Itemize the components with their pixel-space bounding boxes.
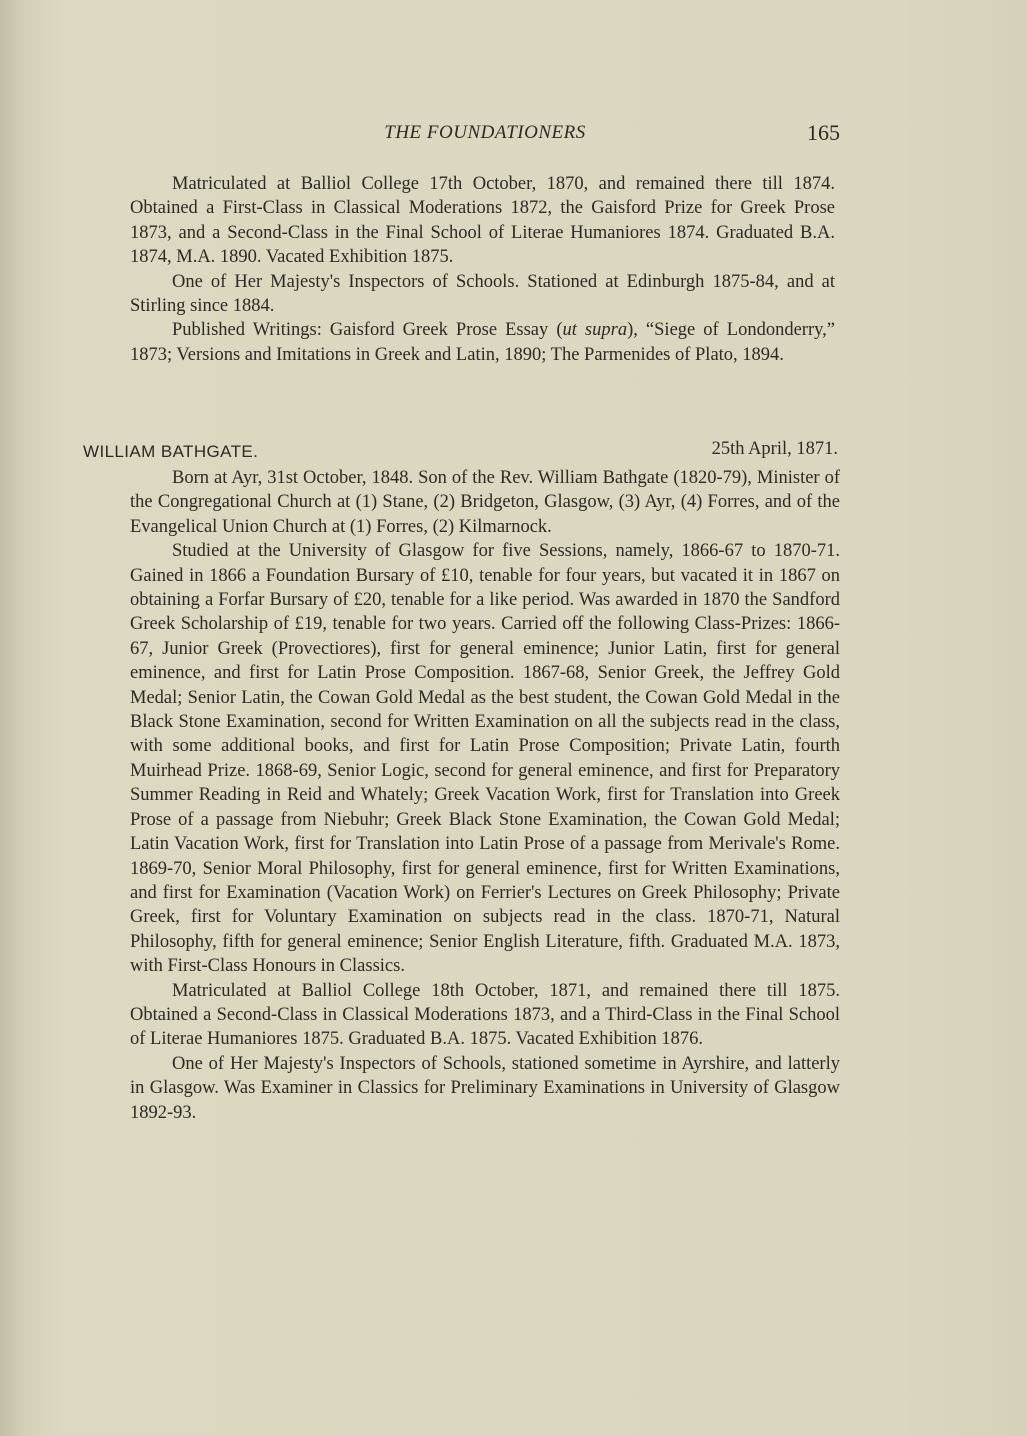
running-title: THE FOUNDATIONERS (130, 122, 840, 144)
running-header: THE FOUNDATIONERS 165 (130, 120, 840, 150)
entry-body: Born at Ayr, 31st October, 1848. Son of … (130, 466, 840, 1125)
paragraph: One of Her Majesty's Inspectors of Schoo… (130, 270, 835, 319)
entry-date: 25th April, 1871. (712, 439, 838, 460)
paragraph: One of Her Majesty's Inspectors of Schoo… (130, 1052, 840, 1125)
paragraph: Studied at the University of Glasgow for… (130, 539, 840, 978)
page-number: 165 (807, 120, 840, 146)
entry-name: WILLIAM BATHGATE. (83, 442, 258, 462)
paragraph: Matriculated at Balliol College 18th Oct… (130, 979, 840, 1052)
book-page: THE FOUNDATIONERS 165 Matriculated at Ba… (0, 0, 1027, 1436)
paragraph: Matriculated at Balliol College 17th Oct… (130, 172, 835, 270)
published-lead: Published Writings: Gaisford Greek Prose… (172, 320, 562, 340)
italic-phrase: ut supra (562, 320, 627, 340)
entry-heading: WILLIAM BATHGATE. 25th April, 1871. (83, 442, 838, 468)
paragraph: Born at Ayr, 31st October, 1848. Son of … (130, 466, 840, 539)
previous-entry-continuation: Matriculated at Balliol College 17th Oct… (130, 172, 835, 367)
published-writings: Published Writings: Gaisford Greek Prose… (130, 318, 835, 367)
